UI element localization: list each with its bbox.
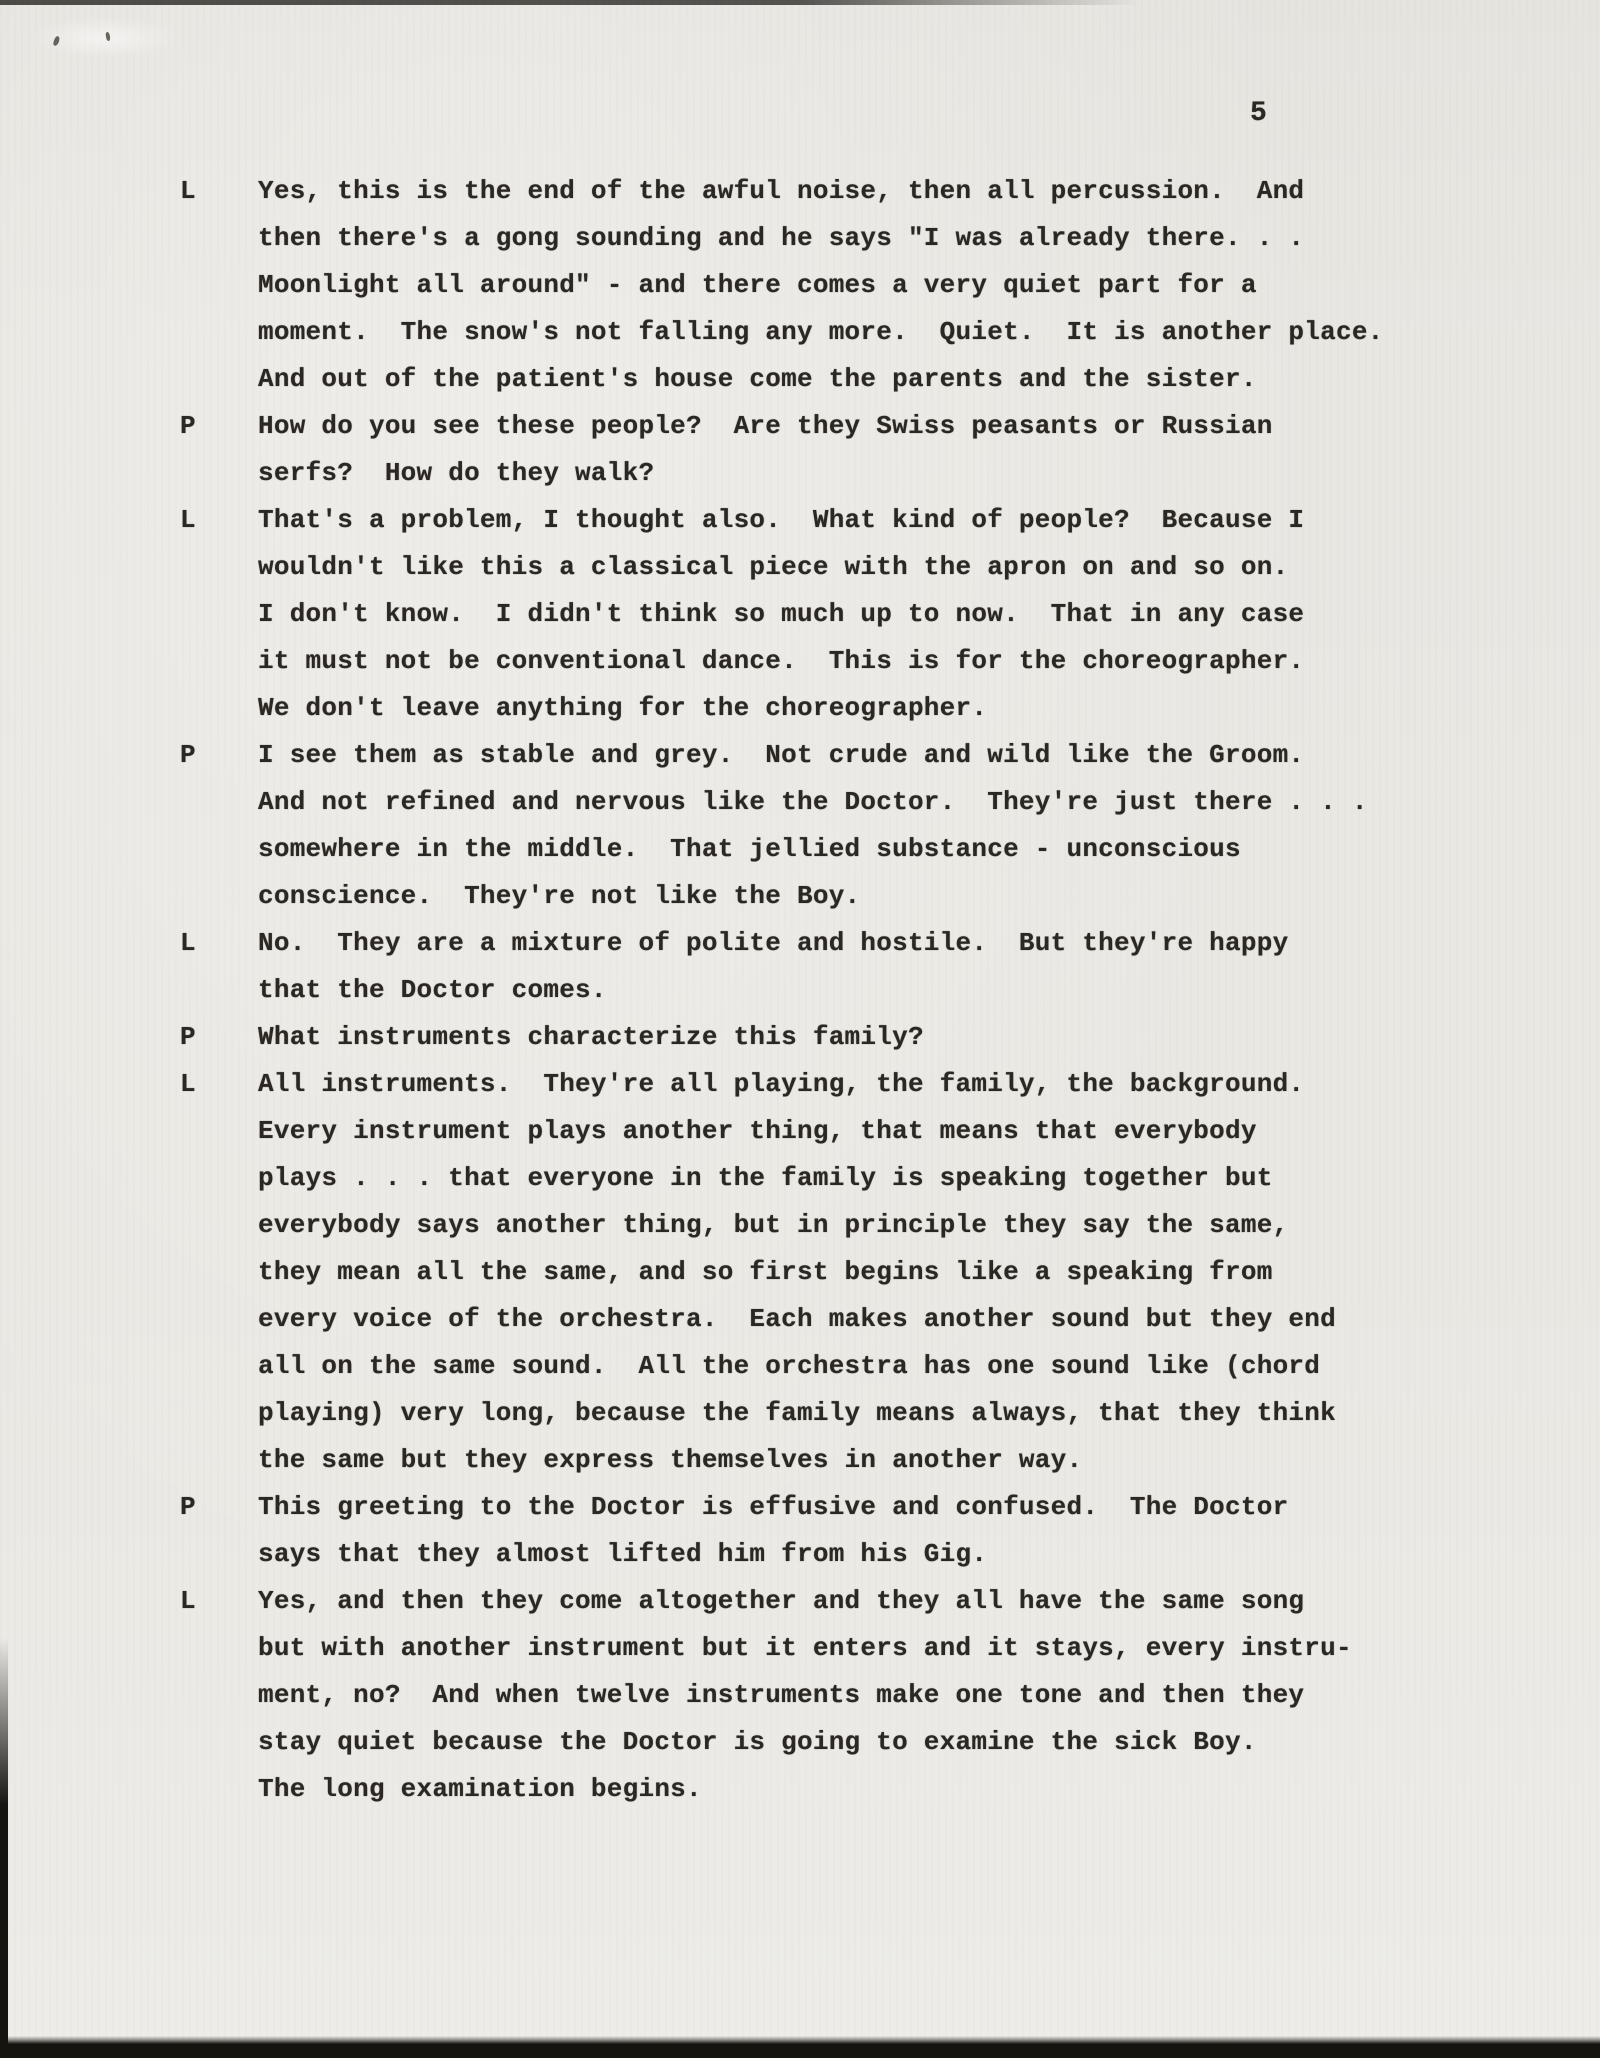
dialogue-line: Moonlight all around" - and there comes … [258,262,1384,309]
scan-edge-bottom [0,2036,1600,2058]
dialogue-line: And out of the patient's house come the … [258,356,1384,403]
dialogue-line: everybody says another thing, but in pri… [258,1202,1384,1249]
speaker-label: P [180,1484,258,1578]
dialogue-turn: LThat's a problem, I thought also. What … [180,497,1384,732]
dialogue-line: says that they almost lifted him from hi… [258,1531,1384,1578]
dialogue-line: Yes, this is the end of the awful noise,… [258,168,1384,215]
dialogue-content: LYes, this is the end of the awful noise… [180,168,1384,1813]
dialogue-lines: What instruments characterize this famil… [258,1014,1384,1061]
dialogue-line: And not refined and nervous like the Doc… [258,779,1384,826]
dialogue-line: it must not be conventional dance. This … [258,638,1384,685]
dialogue-turn: PHow do you see these people? Are they S… [180,403,1384,497]
page-number: 5 [1250,98,1267,129]
dialogue-line: wouldn't like this a classical piece wit… [258,544,1384,591]
dialogue-line: How do you see these people? Are they Sw… [258,403,1384,450]
dialogue-line: all on the same sound. All the orchestra… [258,1343,1384,1390]
dialogue-line: serfs? How do they walk? [258,450,1384,497]
dialogue-line: We don't leave anything for the choreogr… [258,685,1384,732]
dialogue-turn: PWhat instruments characterize this fami… [180,1014,1384,1061]
dialogue-line: The long examination begins. [258,1766,1384,1813]
dialogue-line: That's a problem, I thought also. What k… [258,497,1384,544]
speaker-label: P [180,732,258,920]
speaker-label: L [180,1578,258,1813]
dialogue-line: that the Doctor comes. [258,967,1384,1014]
dialogue-line: moment. The snow's not falling any more.… [258,309,1384,356]
dialogue-line: conscience. They're not like the Boy. [258,873,1384,920]
dialogue-lines: No. They are a mixture of polite and hos… [258,920,1384,1014]
dialogue-line: I don't know. I didn't think so much up … [258,591,1384,638]
dialogue-lines: Yes, and then they come altogether and t… [258,1578,1384,1813]
dialogue-line: they mean all the same, and so first beg… [258,1249,1384,1296]
dialogue-lines: That's a problem, I thought also. What k… [258,497,1384,732]
dialogue-line: then there's a gong sounding and he says… [258,215,1384,262]
dialogue-line: Yes, and then they come altogether and t… [258,1578,1384,1625]
dialogue-turn: LYes, and then they come altogether and … [180,1578,1384,1813]
dialogue-turn: LAll instruments. They're all playing, t… [180,1061,1384,1484]
dialogue-lines: Yes, this is the end of the awful noise,… [258,168,1384,403]
speaker-label: P [180,403,258,497]
dialogue-line: Every instrument plays another thing, th… [258,1108,1384,1155]
dialogue-turn: PThis greeting to the Doctor is effusive… [180,1484,1384,1578]
speaker-label: L [180,497,258,732]
dialogue-line: ment, no? And when twelve instruments ma… [258,1672,1384,1719]
speaker-label: L [180,1061,258,1484]
dialogue-line: All instruments. They're all playing, th… [258,1061,1384,1108]
document-page: 5 LYes, this is the end of the awful noi… [0,0,1600,2058]
dialogue-line: I see them as stable and grey. Not crude… [258,732,1384,779]
speaker-label: P [180,1014,258,1061]
dialogue-line: somewhere in the middle. That jellied su… [258,826,1384,873]
dialogue-lines: This greeting to the Doctor is effusive … [258,1484,1384,1578]
scan-edge-left [0,1638,8,2058]
dialogue-turn: LYes, this is the end of the awful noise… [180,168,1384,403]
dialogue-line: What instruments characterize this famil… [258,1014,1384,1061]
dialogue-line: plays . . . that everyone in the family … [258,1155,1384,1202]
dialogue-line: every voice of the orchestra. Each makes… [258,1296,1384,1343]
scan-edge-top [0,0,1140,5]
dialogue-lines: How do you see these people? Are they Sw… [258,403,1384,497]
speaker-label: L [180,920,258,1014]
dialogue-line: This greeting to the Doctor is effusive … [258,1484,1384,1531]
dialogue-lines: All instruments. They're all playing, th… [258,1061,1384,1484]
dialogue-turn: PI see them as stable and grey. Not crud… [180,732,1384,920]
dialogue-turn: LNo. They are a mixture of polite and ho… [180,920,1384,1014]
paper-crease [30,18,180,58]
dialogue-lines: I see them as stable and grey. Not crude… [258,732,1384,920]
dialogue-line: the same but they express themselves in … [258,1437,1384,1484]
dialogue-line: playing) very long, because the family m… [258,1390,1384,1437]
speaker-label: L [180,168,258,403]
dialogue-line: but with another instrument but it enter… [258,1625,1384,1672]
dialogue-line: stay quiet because the Doctor is going t… [258,1719,1384,1766]
dialogue-line: No. They are a mixture of polite and hos… [258,920,1384,967]
